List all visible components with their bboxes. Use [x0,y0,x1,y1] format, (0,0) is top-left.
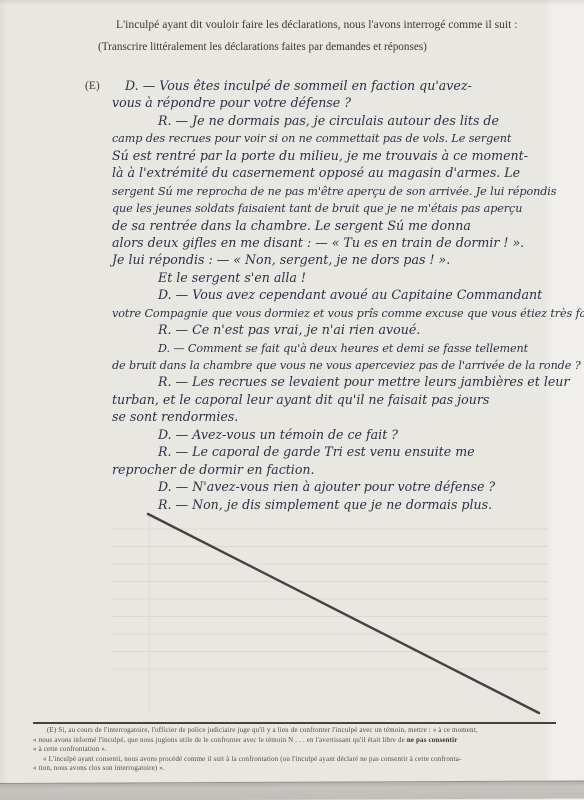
footnote-line: « à cette confrontation ». [33,745,559,755]
footnote-line: « nous avons informé l'inculpé, que nous… [33,736,559,746]
footnote-rule [33,722,556,724]
footnote-line: (E) Si, au cours de l'interrogatoire, l'… [33,726,559,736]
footnote-line: « tion, nous avons clos son interrogatoi… [33,764,559,774]
footnote-line: « L'inculpé ayant consenti, nous avons p… [33,755,559,765]
ruled-lines [112,529,548,669]
scanned-document-page: L'inculpé ayant dit vouloir faire les dé… [0,0,584,800]
page-ruling-overlay [0,0,584,800]
scan-bottom-edge [0,780,584,800]
cancellation-stroke [148,514,539,713]
footnote: (E) Si, au cours de l'interrogatoire, l'… [33,726,559,774]
